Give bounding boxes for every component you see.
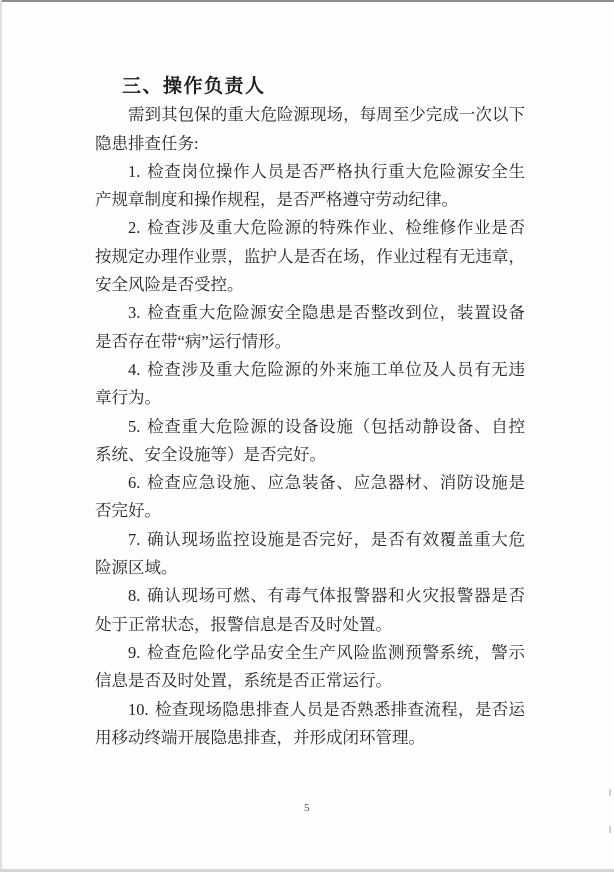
- item-number: 10.: [128, 700, 149, 719]
- list-item-1: 1.检查岗位操作人员是否严格执行重大危险源安全生产规章制度和操作规程，是否严格遵…: [95, 158, 525, 215]
- list-item-3: 3.检查重大危险源安全隐患是否整改到位，装置设备是否存在带“病”运行情形。: [95, 299, 525, 356]
- item-number: 5.: [128, 417, 140, 436]
- list-item-6: 6.检查应急设施、应急装备、应急器材、消防设施是否完好。: [95, 469, 525, 526]
- list-item-8: 8.确认现场可燃、有毒气体报警器和火灾报警器是否处于正常状态，报警信息是否及时处…: [95, 582, 525, 639]
- item-text: 检查岗位操作人员是否严格执行重大危险源安全生产规章制度和操作规程，是否严格遵守劳…: [95, 162, 525, 209]
- item-number: 8.: [128, 586, 140, 605]
- scanned-document-page: { "document": { "heading": "三、操作负责人", "i…: [0, 0, 614, 872]
- document-text-block: 三、操作负责人 需到其包保的重大危险源现场，每周至少完成一次以下隐患排查任务: …: [95, 73, 525, 752]
- item-text: 检查重大危险源的设备设施（包括动静设备、自控系统、安全设施等）是否完好。: [95, 417, 525, 464]
- list-item-5: 5.检查重大危险源的设备设施（包括动静设备、自控系统、安全设施等）是否完好。: [95, 413, 525, 470]
- section-heading: 三、操作负责人: [95, 73, 525, 101]
- item-number: 3.: [128, 303, 140, 322]
- item-number: 7.: [128, 530, 140, 549]
- list-item-10: 10.检查现场隐患排查人员是否熟悉排查流程，是否运用移动终端开展隐患排查，并形成…: [95, 696, 525, 753]
- page-number: 5: [0, 802, 614, 814]
- intro-paragraph: 需到其包保的重大危险源现场，每周至少完成一次以下隐患排查任务:: [95, 101, 525, 158]
- scan-edge-top: [0, 0, 614, 2]
- item-text: 确认现场可燃、有毒气体报警器和火灾报警器是否处于正常状态，报警信息是否及时处置。: [95, 586, 525, 633]
- item-number: 4.: [128, 360, 140, 379]
- item-number: 2.: [128, 218, 140, 237]
- item-number: 9.: [128, 643, 140, 662]
- item-text: 确认现场监控设施是否完好，是否有效覆盖重大危险源区域。: [95, 530, 525, 577]
- item-text: 检查危险化学品安全生产风险监测预警系统，警示信息是否及时处置，系统是否正常运行。: [95, 643, 525, 690]
- scan-artifact-speck: [609, 789, 611, 796]
- item-number: 1.: [128, 162, 140, 181]
- scan-artifact-speck: [609, 826, 611, 833]
- item-number: 6.: [128, 473, 140, 492]
- list-item-9: 9.检查危险化学品安全生产风险监测预警系统，警示信息是否及时处置，系统是否正常运…: [95, 639, 525, 696]
- item-text: 检查应急设施、应急装备、应急器材、消防设施是否完好。: [95, 473, 525, 520]
- item-text: 检查现场隐患排查人员是否熟悉排查流程，是否运用移动终端开展隐患排查，并形成闭环管…: [95, 700, 525, 747]
- item-text: 检查重大危险源安全隐患是否整改到位，装置设备是否存在带“病”运行情形。: [95, 303, 525, 350]
- item-text: 检查涉及重大危险源的外来施工单位及人员有无违章行为。: [95, 360, 525, 407]
- list-item-4: 4.检查涉及重大危险源的外来施工单位及人员有无违章行为。: [95, 356, 525, 413]
- scan-edge-left: [0, 0, 2, 872]
- item-text: 检查涉及重大危险源的特殊作业、检维修作业是否按规定办理作业票，监护人是否在场，作…: [95, 218, 525, 294]
- list-item-7: 7.确认现场监控设施是否完好，是否有效覆盖重大危险源区域。: [95, 526, 525, 583]
- list-item-2: 2.检查涉及重大危险源的特殊作业、检维修作业是否按规定办理作业票，监护人是否在场…: [95, 214, 525, 299]
